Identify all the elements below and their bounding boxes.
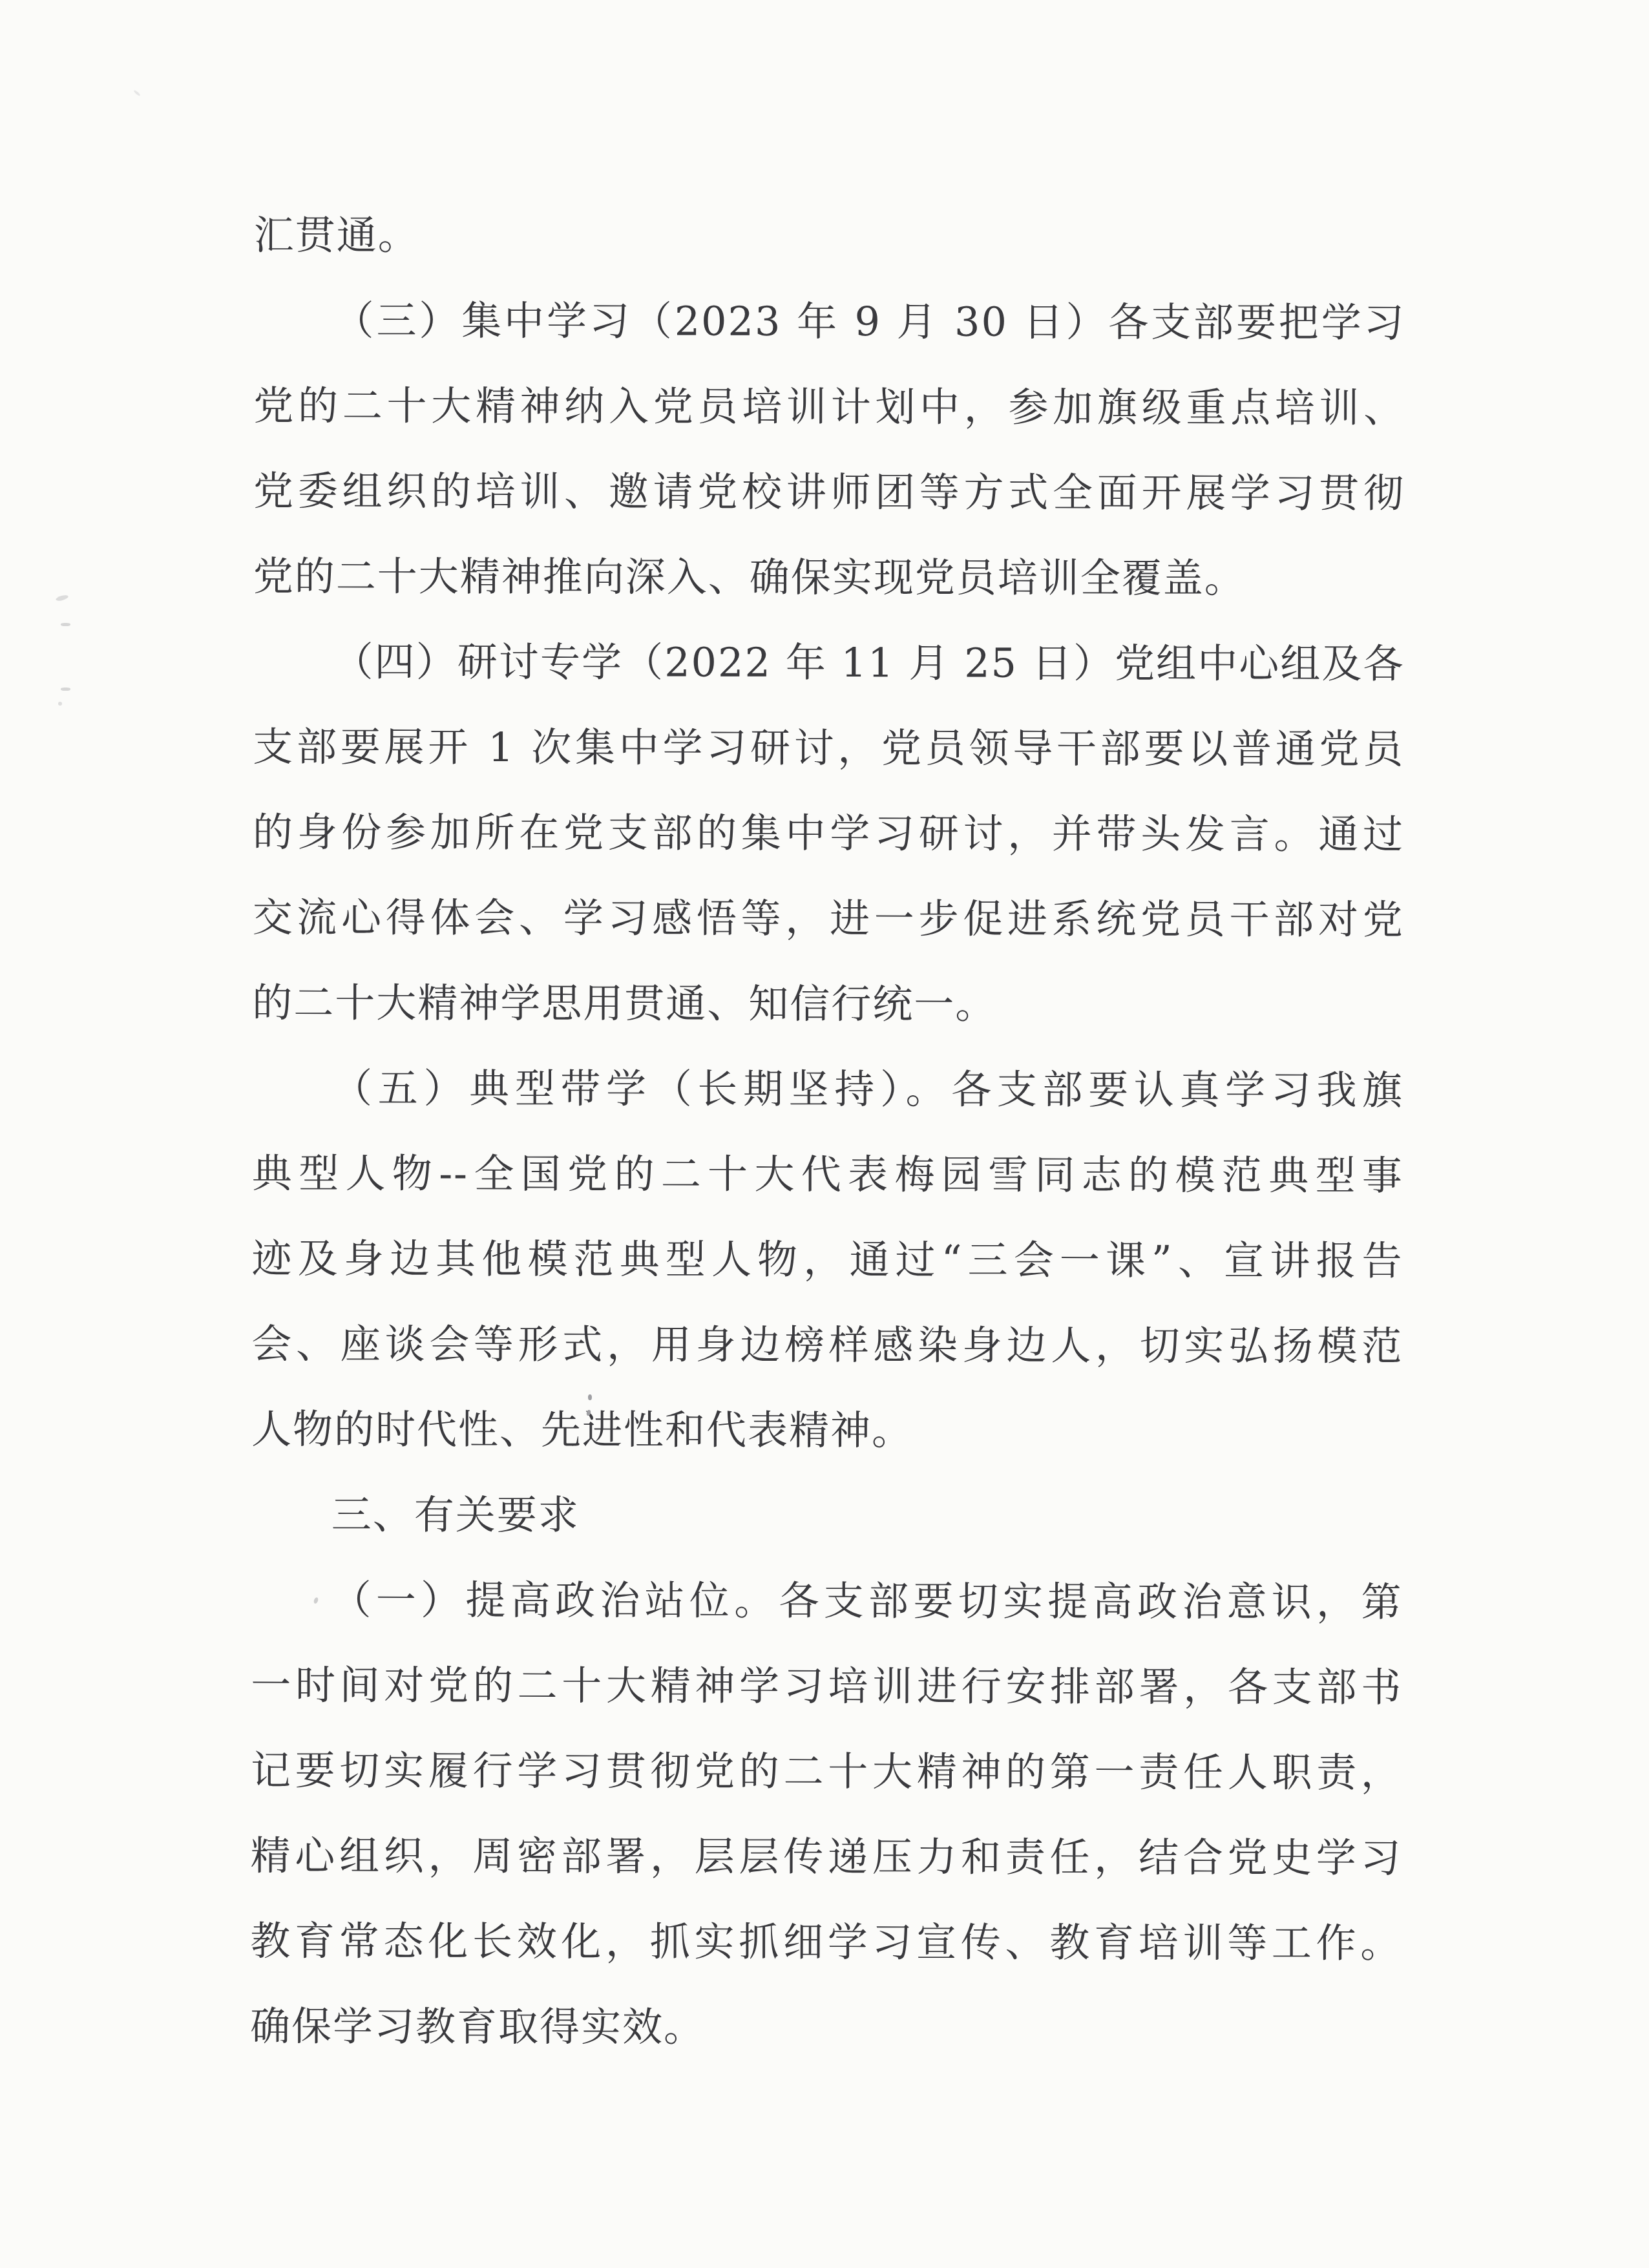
text-line: （三）集中学习（2023 年 9 月 30 日）各支部要把学习 [253,278,1405,366]
text-line: （四）研讨专学（2022 年 11 月 25 日）党组中心组及各 [253,619,1404,707]
scan-artifact [58,702,62,706]
document-body-text: 汇贯通。 （三）集中学习（2023 年 9 月 30 日）各支部要把学习 党的二… [250,193,1405,2072]
text-line: （一）提高政治站位。各支部要切实提高政治意识，第 [251,1557,1402,1645]
scanned-document-page: 汇贯通。 （三）集中学习（2023 年 9 月 30 日）各支部要把学习 党的二… [0,0,1649,2268]
text-line: 记要切实履行学习贯彻党的二十大精神的第一责任人职责， [251,1728,1402,1816]
text-line: 的二十大精神学思用贯通、知信行统一。 [252,960,1403,1048]
text-line: 一时间对党的二十大精神学习培训进行安排部署，各支部书 [251,1643,1402,1730]
text-line: 迹及身边其他模范典型人物，通过“三会一课”、宣讲报告 [251,1216,1403,1304]
text-line: （五）典型带学（长期坚持）。各支部要认真学习我旗 [252,1045,1403,1133]
scan-artifact [61,688,70,691]
text-line: 的身份参加所在党支部的集中学习研讨，并带头发言。通过 [253,790,1404,877]
text-line: 党的二十大精神推向深入、确保实现党员培训全覆盖。 [253,534,1405,622]
text-line: 交流心得体会、学习感悟等，进一步促进系统党员干部对党 [253,875,1404,963]
text-line: 教育常态化长效化，抓实抓细学习宣传、教育培训等工作。 [250,1898,1402,1986]
text-line: 确保学习教育取得实效。 [250,1984,1402,2072]
text-line: 汇贯通。 [254,193,1405,280]
text-line: 精心组织，周密部署，层层传递压力和责任，结合党史学习 [251,1813,1402,1901]
text-line: 人物的时代性、先进性和代表精神。 [251,1387,1403,1475]
scan-artifact [55,594,68,602]
text-line: 党的二十大精神纳入党员培训计划中，参加旗级重点培训、 [253,363,1405,451]
text-line: 典型人物--全国党的二十大代表梅园雪同志的模范典型事 [252,1131,1403,1219]
section-heading: 三、有关要求 [251,1472,1403,1560]
text-line: 会、座谈会等形式，用身边榜样感染身边人，切实弘扬模范 [251,1301,1403,1389]
scan-artifact [61,623,70,626]
text-line: 支部要展开 1 次集中学习研讨，党员领导干部要以普通党员 [253,704,1404,792]
scan-artifact [133,90,141,97]
text-line: 党委组织的培训、邀请党校讲师团等方式全面开展学习贯彻 [253,448,1405,536]
